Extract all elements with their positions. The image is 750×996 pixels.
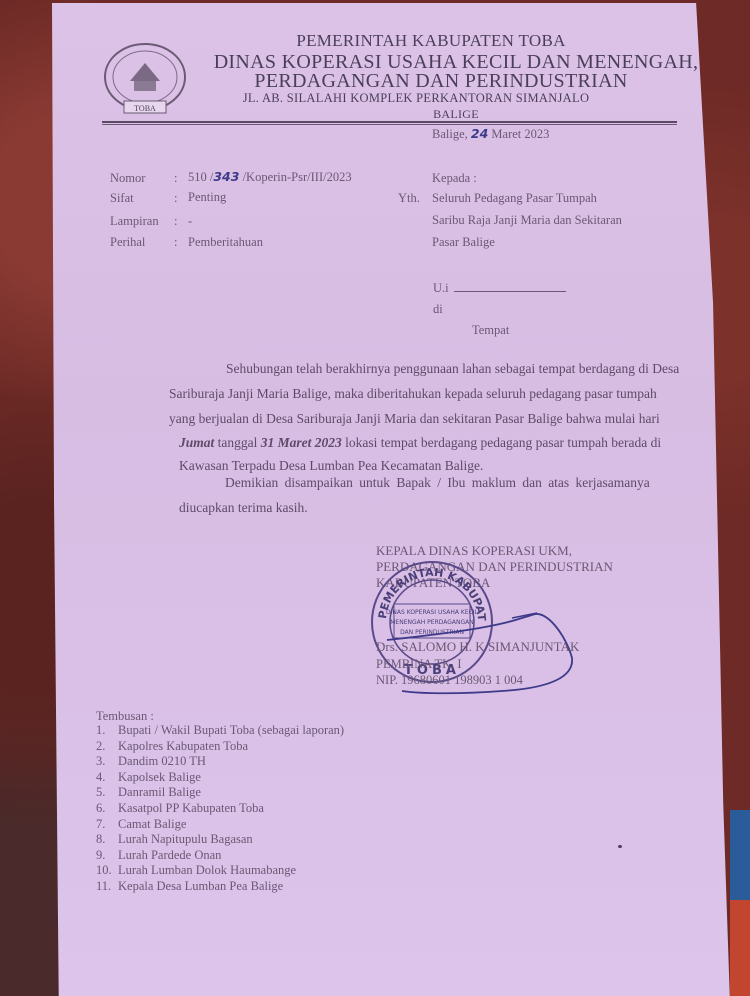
date-month-year: Maret 2023	[491, 127, 549, 141]
body-p2-line2: diucapkan terima kasih.	[179, 500, 308, 516]
ink-speck	[618, 845, 622, 848]
meta-nomor-label: Nomor	[110, 171, 145, 186]
meta-nomor-sep: :	[174, 171, 177, 186]
nomor-handwritten: 343	[213, 169, 239, 184]
recipient-tempat: Tempat	[472, 323, 509, 338]
body-p1-line1: Sehubungan telah berakhirnya penggunaan …	[226, 361, 679, 377]
date-place: Balige,	[432, 127, 468, 141]
recipient-heading: Kepada :	[432, 171, 477, 186]
tembusan-item: 10.Lurah Lumban Dolok Haumabange	[96, 863, 344, 879]
meta-perihal-sep: :	[174, 235, 177, 250]
letterhead-divider-thin	[102, 124, 677, 125]
letterhead-government: PEMERINTAH KABUPATEN TOBA	[52, 31, 730, 51]
recipient-line-1: Seluruh Pedagang Pasar Tumpah	[432, 191, 597, 206]
recipient-line-2: Saribu Raja Janji Maria dan Sekitaran	[432, 213, 622, 228]
signature-title-1: KEPALA DINAS KOPERASI UKM,	[376, 543, 572, 559]
meta-sifat-label: Sifat	[110, 191, 134, 206]
meta-lampiran-label: Lampiran	[110, 214, 159, 229]
tembusan-item: 7.Camat Balige	[96, 817, 344, 833]
meta-sifat-value: Penting	[188, 190, 226, 205]
recipient-yth: Yth.	[398, 191, 420, 206]
letterhead-divider	[102, 121, 677, 123]
recipient-line-3: Pasar Balige	[432, 235, 495, 250]
tembusan-item: 9.Lurah Pardede Onan	[96, 848, 344, 864]
recipient-ui: U.i	[433, 281, 449, 296]
meta-lampiran-value: -	[188, 214, 192, 229]
date-day-handwritten: 24	[471, 126, 488, 141]
letter-date: Balige, 24 Maret 2023	[432, 126, 549, 142]
tembusan-item: 5.Danramil Balige	[96, 785, 344, 801]
meta-perihal-label: Perihal	[110, 235, 145, 250]
tembusan-item: 11.Kepala Desa Lumban Pea Balige	[96, 879, 344, 895]
signatory-nip: NIP. 19680601 198903 1 004	[376, 673, 523, 688]
tembusan-item: 2.Kapolres Kabupaten Toba	[96, 739, 344, 755]
tembusan-item: 8.Lurah Napitupulu Bagasan	[96, 832, 344, 848]
letter-paper: TOBA PEMERINTAH KABUPATEN TOBA DINAS KOP…	[52, 3, 730, 996]
tembusan-item: 3.Dandim 0210 TH	[96, 754, 344, 770]
letterhead-agency-line2: PERDAGANGAN DAN PERINDUSTRIAN	[52, 70, 730, 93]
meta-perihal-value: Pemberitahuan	[188, 235, 263, 250]
signatory-name: Drs. SALOMO H. K SIMANJUNTAK	[376, 639, 579, 655]
body-p1-line3: yang berjualan di Desa Sariburaja Janji …	[169, 411, 660, 427]
body-p2-line1: Demikian disampaikan untuk Bapak / Ibu m…	[225, 475, 650, 491]
tembusan-list: 1.Bupati / Wakil Bupati Toba (sebagai la…	[96, 723, 344, 895]
background-fabric-blue	[730, 810, 750, 900]
recipient-ui-blank-line	[454, 291, 566, 292]
body-p1-line2: Sariburaja Janji Maria Balige, maka dibe…	[169, 386, 657, 402]
signatory-rank: PEMBINA TK. I	[376, 657, 462, 672]
body-p1-line5: Kawasan Terpadu Desa Lumban Pea Kecamata…	[179, 458, 483, 474]
meta-nomor-value: 510 /343 /Koperin-Psr/III/2023	[188, 169, 352, 185]
background-fabric-orange	[730, 900, 750, 996]
letterhead-address: JL. AB. SILALAHI KOMPLEK PERKANTORAN SIM…	[52, 91, 730, 106]
recipient-di: di	[433, 302, 443, 317]
tembusan-item: 4.Kapolsek Balige	[96, 770, 344, 786]
meta-lampiran-sep: :	[174, 214, 177, 229]
body-p1-line4: Jumat tanggal 31 Maret 2023 lokasi tempa…	[179, 435, 661, 451]
tembusan-item: 1.Bupati / Wakil Bupati Toba (sebagai la…	[96, 723, 344, 739]
meta-sifat-sep: :	[174, 191, 177, 206]
tembusan-heading: Tembusan :	[96, 709, 154, 724]
tembusan-item: 6.Kasatpol PP Kabupaten Toba	[96, 801, 344, 817]
letterhead-city: BALIGE	[52, 107, 730, 122]
